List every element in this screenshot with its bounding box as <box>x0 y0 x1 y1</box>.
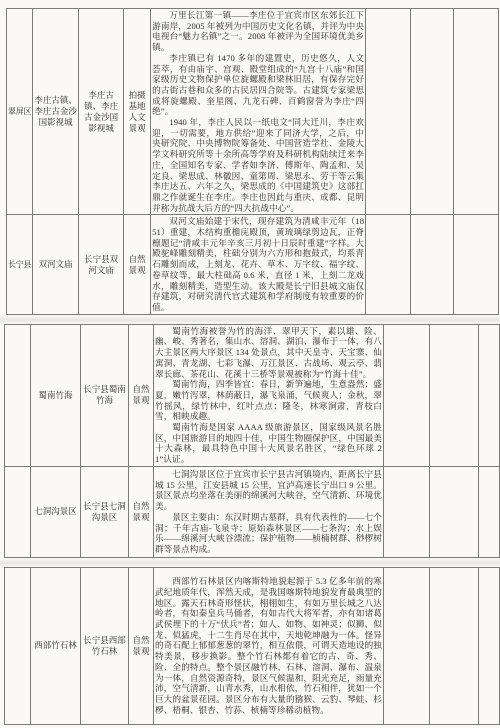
description-cell: 西部竹石林景区内喀斯特地貌起源于 5.3 亿多年前的寒武纪地质年代，浑然天成，是… <box>154 567 384 724</box>
spot-full-name-cell: 长宁县蜀南竹海 <box>81 324 129 466</box>
category-cell: 自然景观 <box>129 466 154 557</box>
empty-cell <box>384 324 430 466</box>
description-paragraph: 西部竹石林景区内喀斯特地貌起源于 5.3 亿多年前的寒武纪地质年代，浑然天成，是… <box>155 576 382 715</box>
district-cell: 翠屏区 <box>7 9 33 215</box>
district-cell <box>5 324 31 466</box>
spots-table-2: 蜀南竹海 长宁县蜀南竹海 自然景观 蜀南竹海被誉为竹的海洋、翠甲天下，素以雄、险… <box>4 324 500 558</box>
category-cell: 自然景观 <box>124 215 151 314</box>
empty-cell <box>384 466 430 557</box>
spots-table-3: 西部竹石林 长宁县西部竹石林 自然景观 西部竹石林景区内喀斯特地貌起源于 5.3… <box>4 567 500 725</box>
empty-cell <box>366 215 411 314</box>
district-cell <box>5 567 31 724</box>
scan-gap <box>0 315 500 324</box>
description-cell: 蜀南竹海被誉为竹的海洋、翠甲天下，素以雄、险、幽、峻、秀著名，集山水、溶洞、湖泊… <box>154 324 384 466</box>
empty-cell <box>479 466 500 557</box>
spot-name-cell: 七洞沟景区 <box>31 466 81 557</box>
category-cell: 自然景观 <box>129 324 154 466</box>
spot-full-name-cell: 长宁县双河文庙 <box>79 215 124 314</box>
scanned-document: 翠屏区 李庄古镇、李庄古金沙国影视城 李庄古镇、李庄古金沙国影视城 拍摄基地人文… <box>0 0 500 725</box>
spot-full-name-cell: 长宁县西部竹石林 <box>81 567 129 724</box>
spot-full-name-cell: 李庄古镇、李庄古金沙国影视城 <box>79 9 124 215</box>
table-row: 七洞沟景区 长宁县七洞沟景区 自然景观 七洞沟景区位于宜宾市长宁县古河镇境内，距… <box>5 466 500 557</box>
spot-name-cell: 双河文庙 <box>33 215 79 314</box>
spot-name-cell: 西部竹石林 <box>31 567 81 724</box>
description-paragraph: 七洞沟景区位于宜宾市长宁县古河镇境内，距离长宁县城 15 公里，江安县城 15 … <box>155 469 382 512</box>
description-paragraph: 蜀南竹海是国家 AAAA 级旅游景区，国家级风景名胜区，中国旅游目的地四十佳，中… <box>155 422 382 465</box>
empty-cell <box>430 567 479 724</box>
table-row: 西部竹石林 长宁县西部竹石林 自然景观 西部竹石林景区内喀斯特地貌起源于 5.3… <box>5 567 500 724</box>
description-cell: 双河文庙始建于宋代，现存建筑为清咸丰元年（1851）重建，木结构重檐庑殿顶，黄琉… <box>151 215 366 314</box>
description-paragraph: 双河文庙始建于宋代，现存建筑为清咸丰元年（1851）重建，木结构重檐庑殿顶，黄琉… <box>152 216 364 312</box>
category-cell: 拍摄基地人文景观 <box>124 9 151 215</box>
description-cell: 七洞沟景区位于宜宾市长宁县古河镇境内，距离长宁县城 15 公里，江安县城 15 … <box>154 466 384 557</box>
spots-table-1: 翠屏区 李庄古镇、李庄古金沙国影视城 李庄古镇、李庄古金沙国影视城 拍摄基地人文… <box>6 8 499 315</box>
spot-name-cell: 李庄古镇、李庄古金沙国影视城 <box>33 9 79 215</box>
scan-gap <box>0 558 500 567</box>
empty-cell <box>366 9 411 215</box>
spot-name-cell: 蜀南竹海 <box>31 324 81 466</box>
description-paragraph: 蜀南竹海，四季皆宜：春日，新笋遍地，生意盎然；盛夏，嫩竹泻翠，林荫蔽日，瀑飞泉涌… <box>155 379 382 422</box>
empty-cell <box>411 9 454 215</box>
category-cell: 自然景观 <box>129 567 154 724</box>
empty-cell <box>479 324 500 466</box>
description-paragraph: 李庄镇已有 1470 多年的建置史，历史悠久，人文荟萃，有由庙宇、宫观、殿堂组成… <box>152 53 364 117</box>
description-cell: 万里长江第一镇——李庄位于宜宾市区东郊长江下游南岸，2005 年被列为中国历史文… <box>151 9 366 215</box>
district-cell: 长宁县 <box>7 215 33 314</box>
empty-cell <box>384 567 430 724</box>
description-paragraph: 万里长江第一镇——李庄位于宜宾市区东郊长江下游南岸，2005 年被列为中国历史文… <box>152 10 364 53</box>
empty-cell <box>430 466 479 557</box>
table-row: 蜀南竹海 长宁县蜀南竹海 自然景观 蜀南竹海被誉为竹的海洋、翠甲天下，素以雄、险… <box>5 324 500 466</box>
empty-cell <box>454 215 499 314</box>
spot-full-name-cell: 长宁县七洞沟景区 <box>81 466 129 557</box>
table-row: 翠屏区 李庄古镇、李庄古金沙国影视城 李庄古镇、李庄古金沙国影视城 拍摄基地人文… <box>7 9 499 215</box>
description-paragraph: 景区主要由：东汉时期古墓群，具有代表性的——七个洞；千年古庙-飞泉寺；原始森林景… <box>155 512 382 555</box>
district-cell <box>5 466 31 557</box>
empty-cell <box>430 324 479 466</box>
empty-cell <box>454 9 499 215</box>
description-paragraph: 蜀南竹海被誉为竹的海洋、翠甲天下，素以雄、险、幽、峻、秀著名，集山水、溶洞、湖泊… <box>155 326 382 380</box>
table-row: 长宁县 双河文庙 长宁县双河文庙 自然景观 双河文庙始建于宋代，现存建筑为清咸丰… <box>7 215 499 314</box>
empty-cell <box>479 567 500 724</box>
empty-cell <box>411 215 454 314</box>
description-paragraph: 1940 年，李庄人民以一纸电文“同大迁川，李庄欢迎，一切需要，地方供给”迎来了… <box>152 117 364 213</box>
